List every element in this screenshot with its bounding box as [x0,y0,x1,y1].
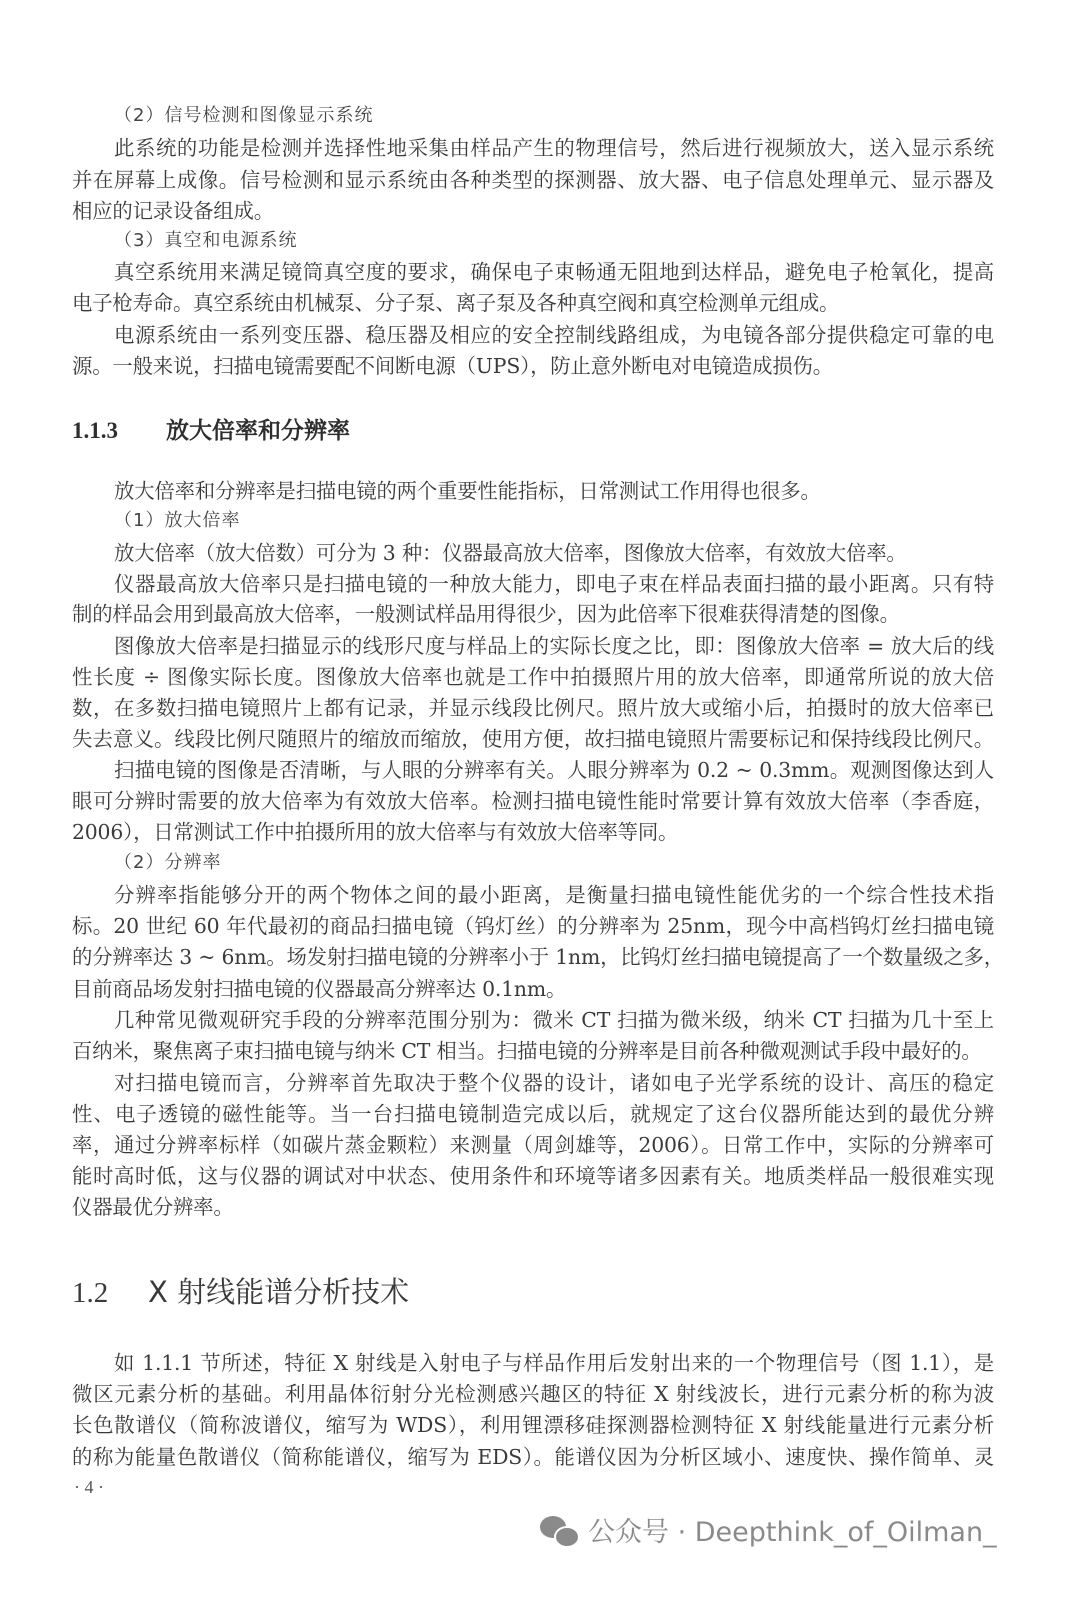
paragraph-line: 性长度 ÷ 图像实际长度。图像放大倍率也就是工作中拍摄照片用的放大倍率，即通常所… [72,663,994,691]
paragraph-line: 图像放大倍率是扫描显示的线形尺度与样品上的实际长度之比，即：图像放大倍率 = 放… [114,632,994,660]
paragraph-line: 制的样品会用到最高放大倍率，一般测试样品用得很少，因为此倍率下很难获得清楚的图像… [72,600,994,628]
paragraph-line: 电子枪寿命。真空系统由机械泵、分子泵、离子泵及各种真空阀和真空检测单元组成。 [72,289,994,317]
paragraph-line: 能时高时低，这与仪器的调试对中状态、使用条件和环境等诸多因素有关。地质类样品一般… [72,1162,994,1190]
paragraph-line: 此系统的功能是检测并选择性地采集由样品产生的物理信号，然后进行视频放大，送入显示… [114,134,994,162]
paragraph-line: 标。20 世纪 60 年代最初的商品扫描电镜（钨灯丝）的分辨率为 25nm，现今… [72,912,994,940]
paragraph-line: 如 1.1.1 节所述，特征 X 射线是入射电子与样品作用后发射出来的一个物理信… [114,1349,994,1377]
paragraph-line: 电源系统由一系列变压器、稳压器及相应的安全控制线路组成，为电镜各部分提供稳定可靠… [114,321,994,349]
chapter-section-heading: 1.2X 射线能谱分析技术 [72,1270,409,1311]
paragraph-line: 真空系统用来满足镜筒真空度的要求，确保电子束畅通无阻地到达样品，避免电子枪氧化，… [114,258,994,286]
subsection-title: （1）放大倍率 [114,507,994,535]
paragraph-line: 源。一般来说，扫描电镜需要配不间断电源（UPS），防止意外断电对电镜造成损伤。 [72,352,994,380]
subsection-title: （2）信号检测和图像显示系统 [114,102,994,130]
paragraph-line: 2006），日常测试工作中拍摄所用的放大倍率与有效放大倍率等同。 [72,818,994,846]
watermark: 公众号 · Deepthink_of_Oilman_ [540,1510,997,1549]
paragraph-line: 并在屏幕上成像。信号检测和显示系统由各种类型的探测器、放大器、电子信息处理单元、… [72,166,994,194]
heading-title: 放大倍率和分辨率 [166,418,350,443]
paragraph-line: 数，在多数扫描电镜照片上都有记录，并显示线段比例尺。照片放大或缩小后，拍摄时的放… [72,694,994,722]
paragraph-line: 放大倍率和分辨率是扫描电镜的两个重要性能指标，日常测试工作用得也很多。 [114,477,994,505]
paragraph-line: 的分辨率达 3 ~ 6nm。场发射扫描电镜的分辨率小于 1nm，比钨灯丝扫描电镜… [72,943,994,971]
paragraph-line: 对扫描电镜而言，分辨率首先取决于整个仪器的设计，诸如电子光学系统的设计、高压的稳… [114,1069,994,1097]
wechat-icon [540,1514,580,1546]
paragraph-line: 目前商品场发射扫描电镜的仪器最高分辨率达 0.1nm。 [72,975,994,1003]
section-heading: 1.1.3放大倍率和分辨率 [72,412,350,445]
paragraph-line: 相应的记录设备组成。 [72,197,994,225]
paragraph-line: 扫描电镜的图像是否清晰，与人眼的分辨率有关。人眼分辨率为 0.2 ~ 0.3mm… [114,756,994,784]
paragraph-line: 眼可分辨时需要的放大倍率为有效放大倍率。检测扫描电镜性能时常要计算有效放大倍率（… [72,787,994,815]
page-number: · 4 · [74,1477,104,1498]
paragraph-line: 放大倍率（放大倍数）可分为 3 种：仪器最高放大倍率，图像放大倍率，有效放大倍率… [114,539,994,567]
heading-number: 1.2 [72,1277,148,1310]
paragraph-line: 百纳米，聚焦离子束扫描电镜与纳米 CT 相当。扫描电镜的分辨率是目前各种微观测试… [72,1037,994,1065]
paragraph-line: 失去意义。线段比例尺随照片的缩放而缩放，使用方便，故扫描电镜照片需要标记和保持线… [72,725,994,753]
paragraph-line: 率，通过分辨率标样（如碳片蒸金颗粒）来测量（周剑雄等，2006）。日常工作中，实… [72,1131,994,1159]
subsection-title: （3）真空和电源系统 [114,227,994,255]
heading-number: 1.1.3 [72,418,166,444]
subsection-title: （2）分辨率 [114,849,994,877]
paragraph-line: 分辨率指能够分开的两个物体之间的最小距离，是衡量扫描电镜性能优劣的一个综合性技术… [114,881,994,909]
watermark-text: 公众号 · Deepthink_of_Oilman_ [588,1510,997,1549]
paragraph-line: 仪器最优分辨率。 [72,1193,994,1221]
heading-title: X 射线能谱分析技术 [148,1275,409,1309]
paragraph-line: 仪器最高放大倍率只是扫描电镜的一种放大能力，即电子束在样品表面扫描的最小距离。只… [114,570,994,598]
paragraph-line: 长色散谱仪（简称波谱仪，缩写为 WDS），利用锂漂移硅探测器检测特征 X 射线能… [72,1411,994,1439]
paragraph-line: 性、电子透镜的磁性能等。当一台扫描电镜制造完成以后，就规定了这台仪器所能达到的最… [72,1100,994,1128]
paragraph-line: 的称为能量色散谱仪（简称能谱仪，缩写为 EDS）。能谱仪因为分析区域小、速度快、… [72,1443,994,1471]
paragraph-line: 几种常见微观研究手段的分辨率范围分别为：微米 CT 扫描为微米级，纳米 CT 扫… [114,1006,994,1034]
book-page: （2）信号检测和图像显示系统 此系统的功能是检测并选择性地采集由样品产生的物理信… [0,0,1080,1600]
paragraph-line: 微区元素分析的基础。利用晶体衍射分光检测感兴趣区的特征 X 射线波长，进行元素分… [72,1380,994,1408]
